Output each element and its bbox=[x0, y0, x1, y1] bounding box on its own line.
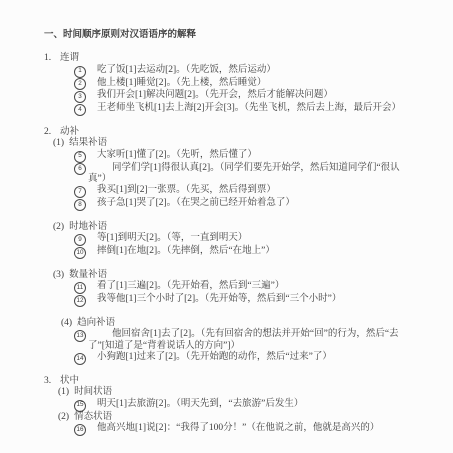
subsection-number: (2) bbox=[58, 412, 69, 422]
section-heading: 1.连谓 bbox=[44, 53, 427, 64]
circled-number-badge: 9 bbox=[74, 234, 86, 246]
circled-number-badge: 11 bbox=[74, 282, 86, 294]
example-item: 14小狗跑[1]过来了[2]。（先开始跑的动作，然后“过来”了） bbox=[74, 352, 427, 365]
item-text: 吃了饭[1]去运动[2]。（先吃饭，然后运动） bbox=[97, 65, 427, 76]
item-line: 了”[知道了是“背着说话人的方向”]） bbox=[88, 341, 427, 352]
example-item: 4王老师坐飞机[1]去上海[2]开会[3]。（先坐飞机，然后去上海，最后开会） bbox=[74, 103, 427, 116]
subsection-label: 结果补语 bbox=[69, 138, 107, 148]
subsection-label: 数量补语 bbox=[69, 270, 107, 280]
item-text: 同学们学[1]得很认真[2]。（同学们要先开始学，然后知道同学们“很认真”） bbox=[97, 163, 427, 186]
example-item: 10摔倒[1]在地[2]。（先摔倒，然后“在地上”） bbox=[74, 246, 427, 259]
example-item: 11看了[1]三遍[2]。（先开始看，然后到“三遍”） bbox=[74, 281, 427, 294]
example-group: (4)趋向补语13他回宿舍[1]去了[2]。（先有回宿舍的想法并开始“回”的行为… bbox=[44, 318, 427, 365]
item-text: 摔倒[1]在地[2]。（先摔倒，然后“在地上”） bbox=[97, 246, 427, 257]
subsection-number: (2) bbox=[53, 222, 64, 232]
item-line: 摔倒[1]在地[2]。（先摔倒，然后“在地上”） bbox=[97, 246, 427, 257]
item-text: 小狗跑[1]过来了[2]。（先开始跑的动作，然后“过来”了） bbox=[97, 352, 427, 363]
item-line: 等[1]到明天[2]。（等，一直到明天） bbox=[97, 233, 427, 244]
item-text: 我等他[1]三个小时了[2]。（先开始等，然后到“三个小时”） bbox=[97, 294, 427, 305]
subsection-heading: (1)时间状语 bbox=[58, 387, 427, 398]
subsection-label: 趋向补语 bbox=[77, 318, 115, 328]
example-group: (2)时地补语9等[1]到明天[2]。（等，一直到明天）10摔倒[1]在地[2]… bbox=[44, 222, 427, 259]
circled-number-badge: 6 bbox=[74, 163, 86, 175]
subsection-heading: (2)情态状语 bbox=[58, 412, 427, 423]
item-text: 王老师坐飞机[1]去上海[2]开会[3]。（先坐飞机，然后去上海，最后开会） bbox=[97, 103, 427, 114]
circled-number-badge: 2 bbox=[74, 78, 86, 90]
item-line: 我买[1]到[2]一张票。（先买，然后得到票） bbox=[97, 185, 427, 196]
subsection-label: 时间状语 bbox=[74, 387, 112, 397]
subsection-label: 情态状语 bbox=[74, 412, 112, 422]
item-line: 我们开会[1]解决问题[2]。（先开会，然后才能解决问题） bbox=[97, 90, 427, 101]
circled-number-badge: 7 bbox=[74, 186, 86, 198]
circled-number-badge: 8 bbox=[74, 199, 86, 211]
subsection-heading: (3)数量补语 bbox=[53, 270, 427, 281]
item-text: 等[1]到明天[2]。（等，一直到明天） bbox=[97, 233, 427, 244]
example-item: 3我们开会[1]解决问题[2]。（先开会，然后才能解决问题） bbox=[74, 90, 427, 103]
example-item: 16他高兴地[1]说[2]：“我得了100分！”（在他说之前，他就是高兴的） bbox=[74, 423, 427, 436]
page-title: 一、时间顺序原则对汉语语序的解释 bbox=[44, 30, 427, 41]
subsection-number: (1) bbox=[53, 138, 64, 148]
item-line: 他上楼[1]睡觉[2]。（先上楼，然后睡觉） bbox=[97, 78, 427, 89]
item-text: 他高兴地[1]说[2]：“我得了100分！”（在他说之前，他就是高兴的） bbox=[97, 423, 427, 434]
section: 3.状中(1)时间状语15明天[1]去旅游[2]。（明天先到，“去旅游”后发生）… bbox=[44, 376, 427, 436]
circled-number-badge: 4 bbox=[74, 104, 86, 116]
circled-number-badge: 13 bbox=[74, 330, 86, 342]
circled-number-badge: 5 bbox=[74, 151, 86, 163]
item-line: 他回宿舍[1]去了[2]。（先有回宿舍的想法并开始“回”的行为，然后“去 bbox=[97, 329, 427, 340]
circled-number-badge: 12 bbox=[74, 295, 86, 307]
document-page: 一、时间顺序原则对汉语语序的解释 1.连谓1吃了饭[1]去运动[2]。（先吃饭，… bbox=[0, 0, 453, 453]
item-line: 王老师坐飞机[1]去上海[2]开会[3]。（先坐飞机，然后去上海，最后开会） bbox=[97, 103, 427, 114]
subsection-number: (3) bbox=[53, 270, 64, 280]
item-line: 真”） bbox=[88, 174, 427, 185]
circled-number-badge: 15 bbox=[74, 400, 86, 412]
section-number: 1. bbox=[44, 53, 60, 64]
subsection-label: 时地补语 bbox=[69, 222, 107, 232]
example-item: 9等[1]到明天[2]。（等，一直到明天） bbox=[74, 233, 427, 246]
item-line: 小狗跑[1]过来了[2]。（先开始跑的动作，然后“过来”了） bbox=[97, 352, 427, 363]
example-item: 13他回宿舍[1]去了[2]。（先有回宿舍的想法并开始“回”的行为，然后“去了”… bbox=[74, 329, 427, 352]
item-line: 孩子急[1]哭了[2]。（在哭之前已经开始着急了） bbox=[97, 198, 427, 209]
section: 1.连谓1吃了饭[1]去运动[2]。（先吃饭，然后运动）2他上楼[1]睡觉[2]… bbox=[44, 53, 427, 116]
subsection-number: (1) bbox=[58, 387, 69, 397]
item-line: 同学们学[1]得很认真[2]。（同学们要先开始学，然后知道同学们“很认 bbox=[97, 163, 427, 174]
example-item: 15明天[1]去旅游[2]。（明天先到，“去旅游”后发生） bbox=[74, 399, 427, 412]
item-text: 明天[1]去旅游[2]。（明天先到，“去旅游”后发生） bbox=[97, 399, 427, 410]
example-item: 8孩子急[1]哭了[2]。（在哭之前已经开始着急了） bbox=[74, 198, 427, 211]
section-label: 动补 bbox=[60, 127, 79, 137]
subsection-number: (4) bbox=[61, 318, 72, 328]
item-text: 他回宿舍[1]去了[2]。（先有回宿舍的想法并开始“回”的行为，然后“去了”[知… bbox=[97, 329, 427, 352]
item-line: 明天[1]去旅游[2]。（明天先到，“去旅游”后发生） bbox=[97, 399, 427, 410]
item-text: 孩子急[1]哭了[2]。（在哭之前已经开始着急了） bbox=[97, 198, 427, 209]
example-item: 5大家听[1]懂了[2]。（先听，然后懂了） bbox=[74, 150, 427, 163]
example-group: (3)数量补语11看了[1]三遍[2]。（先开始看，然后到“三遍”）12我等他[… bbox=[44, 270, 427, 307]
item-text: 他上楼[1]睡觉[2]。（先上楼，然后睡觉） bbox=[97, 78, 427, 89]
example-item: 6同学们学[1]得很认真[2]。（同学们要先开始学，然后知道同学们“很认真”） bbox=[74, 163, 427, 186]
item-line: 他高兴地[1]说[2]：“我得了100分！”（在他说之前，他就是高兴的） bbox=[97, 423, 427, 434]
circled-number-badge: 14 bbox=[74, 353, 86, 365]
item-line: 大家听[1]懂了[2]。（先听，然后懂了） bbox=[97, 150, 427, 161]
section-label: 连谓 bbox=[60, 53, 79, 63]
section-label: 状中 bbox=[60, 376, 79, 386]
document-body: 1.连谓1吃了饭[1]去运动[2]。（先吃饭，然后运动）2他上楼[1]睡觉[2]… bbox=[44, 53, 427, 435]
circled-number-badge: 3 bbox=[74, 91, 86, 103]
example-item: 1吃了饭[1]去运动[2]。（先吃饭，然后运动） bbox=[74, 65, 427, 78]
item-text: 我们开会[1]解决问题[2]。（先开会，然后才能解决问题） bbox=[97, 90, 427, 101]
example-group: 1吃了饭[1]去运动[2]。（先吃饭，然后运动）2他上楼[1]睡觉[2]。（先上… bbox=[44, 65, 427, 116]
section-heading: 2.动补 bbox=[44, 127, 427, 138]
section-number: 3. bbox=[44, 376, 60, 387]
example-item: 12我等他[1]三个小时了[2]。（先开始等，然后到“三个小时”） bbox=[74, 294, 427, 307]
section-heading: 3.状中 bbox=[44, 376, 427, 387]
item-text: 大家听[1]懂了[2]。（先听，然后懂了） bbox=[97, 150, 427, 161]
item-line: 我等他[1]三个小时了[2]。（先开始等，然后到“三个小时”） bbox=[97, 294, 427, 305]
example-group: (1)时间状语15明天[1]去旅游[2]。（明天先到，“去旅游”后发生） bbox=[44, 387, 427, 411]
example-group: (1)结果补语5大家听[1]懂了[2]。（先听，然后懂了）6同学们学[1]得很认… bbox=[44, 138, 427, 211]
section-number: 2. bbox=[44, 127, 60, 138]
section: 2.动补(1)结果补语5大家听[1]懂了[2]。（先听，然后懂了）6同学们学[1… bbox=[44, 127, 427, 365]
subsection-heading: (2)时地补语 bbox=[53, 222, 427, 233]
example-item: 2他上楼[1]睡觉[2]。（先上楼，然后睡觉） bbox=[74, 78, 427, 91]
circled-number-badge: 1 bbox=[74, 66, 86, 78]
item-line: 吃了饭[1]去运动[2]。（先吃饭，然后运动） bbox=[97, 65, 427, 76]
example-group: (2)情态状语16他高兴地[1]说[2]：“我得了100分！”（在他说之前，他就… bbox=[44, 412, 427, 436]
circled-number-badge: 16 bbox=[74, 424, 86, 436]
item-line: 看了[1]三遍[2]。（先开始看，然后到“三遍”） bbox=[97, 281, 427, 292]
example-item: 7我买[1]到[2]一张票。（先买，然后得到票） bbox=[74, 185, 427, 198]
subsection-heading: (1)结果补语 bbox=[53, 138, 427, 149]
item-text: 看了[1]三遍[2]。（先开始看，然后到“三遍”） bbox=[97, 281, 427, 292]
item-text: 我买[1]到[2]一张票。（先买，然后得到票） bbox=[97, 185, 427, 196]
circled-number-badge: 10 bbox=[74, 247, 86, 259]
subsection-heading: (4)趋向补语 bbox=[61, 318, 427, 329]
